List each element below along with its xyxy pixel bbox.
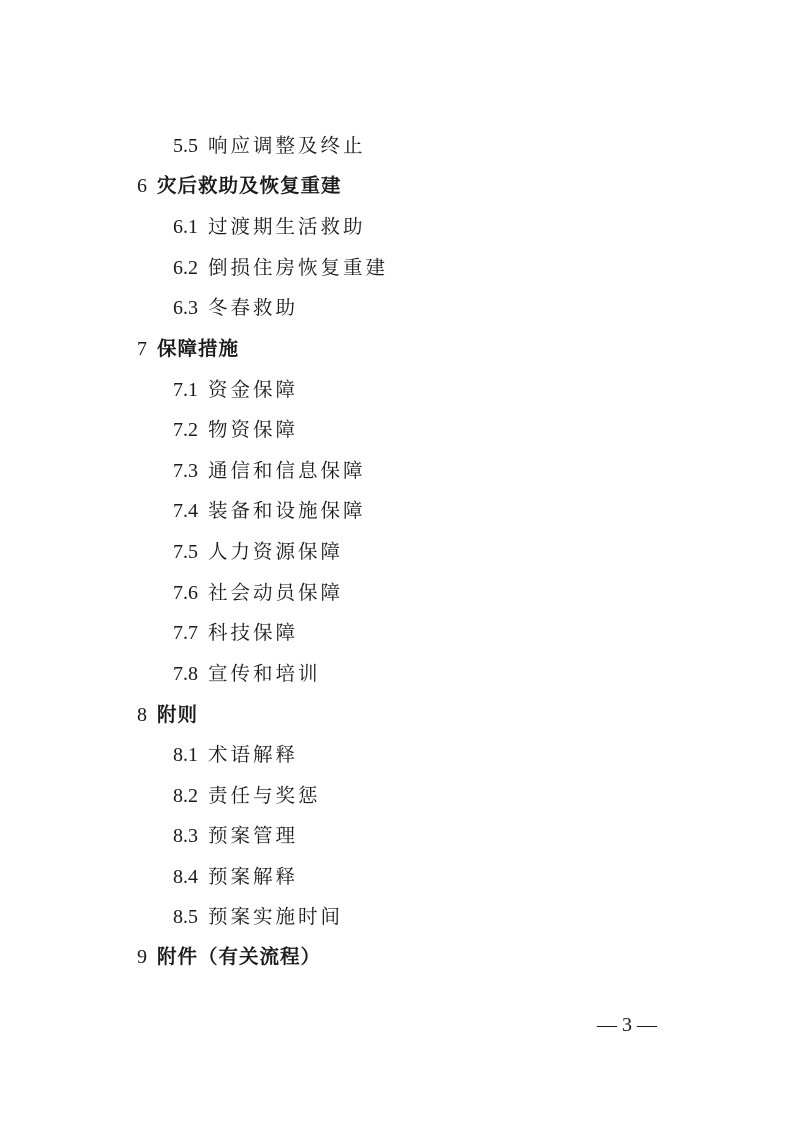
toc-title: 预案解释 bbox=[208, 865, 298, 888]
toc-section: 7.5人力资源保障 bbox=[173, 540, 343, 565]
toc-number: 8 bbox=[137, 704, 147, 726]
toc-chapter: 9附件（有关流程） bbox=[137, 945, 321, 969]
toc-section: 8.2责任与奖惩 bbox=[173, 784, 321, 809]
toc-title: 响应调整及终止 bbox=[208, 134, 366, 157]
toc-number: 6.3 bbox=[173, 297, 198, 319]
toc-chapter: 6灾后救助及恢复重建 bbox=[137, 174, 342, 198]
toc-number: 8.5 bbox=[173, 906, 198, 928]
toc-chapter: 8附则 bbox=[137, 703, 198, 727]
toc-number: 8.4 bbox=[173, 866, 198, 888]
toc-section: 6.1过渡期生活救助 bbox=[173, 215, 366, 240]
toc-number: 8.2 bbox=[173, 785, 198, 807]
toc-number: 7.6 bbox=[173, 582, 198, 604]
toc-title: 物资保障 bbox=[208, 418, 298, 441]
page-number: — 3 — bbox=[597, 1013, 657, 1037]
toc-title: 责任与奖惩 bbox=[208, 784, 321, 807]
toc-section: 6.3冬春救助 bbox=[173, 296, 298, 321]
toc-title: 灾后救助及恢复重建 bbox=[157, 174, 342, 197]
toc-title: 人力资源保障 bbox=[208, 540, 343, 563]
toc-title: 术语解释 bbox=[208, 743, 298, 766]
toc-title: 附则 bbox=[157, 703, 198, 726]
toc-title: 预案管理 bbox=[208, 824, 298, 847]
toc-number: 7 bbox=[137, 338, 147, 360]
toc-number: 7.3 bbox=[173, 460, 198, 482]
toc-title: 冬春救助 bbox=[208, 296, 298, 319]
toc-section: 8.4预案解释 bbox=[173, 865, 298, 890]
toc-title: 科技保障 bbox=[208, 621, 298, 644]
toc-number: 6.1 bbox=[173, 216, 198, 238]
toc-number: 6 bbox=[137, 175, 147, 197]
toc-title: 宣传和培训 bbox=[208, 662, 321, 685]
toc-section: 7.3通信和信息保障 bbox=[173, 459, 366, 484]
toc-section: 7.2物资保障 bbox=[173, 418, 298, 443]
toc-number: 7.4 bbox=[173, 500, 198, 522]
toc-section: 7.4装备和设施保障 bbox=[173, 499, 366, 524]
toc-section: 8.1术语解释 bbox=[173, 743, 298, 768]
toc-title: 保障措施 bbox=[157, 337, 239, 360]
toc-title: 倒损住房恢复重建 bbox=[208, 256, 388, 279]
toc-chapter: 7保障措施 bbox=[137, 337, 239, 361]
toc-section: 5.5响应调整及终止 bbox=[173, 134, 366, 159]
toc-number: 8.1 bbox=[173, 744, 198, 766]
toc-section: 7.7科技保障 bbox=[173, 621, 298, 646]
toc-number: 9 bbox=[137, 946, 147, 968]
toc-section: 8.5预案实施时间 bbox=[173, 905, 343, 930]
toc-number: 7.2 bbox=[173, 419, 198, 441]
toc-number: 7.8 bbox=[173, 663, 198, 685]
toc-number: 7.1 bbox=[173, 379, 198, 401]
toc-title: 过渡期生活救助 bbox=[208, 215, 366, 238]
toc-title: 资金保障 bbox=[208, 378, 298, 401]
toc-number: 7.7 bbox=[173, 622, 198, 644]
toc-title: 社会动员保障 bbox=[208, 581, 343, 604]
toc-title: 预案实施时间 bbox=[208, 905, 343, 928]
toc-title: 附件（有关流程） bbox=[157, 945, 321, 968]
toc-number: 8.3 bbox=[173, 825, 198, 847]
toc-section: 7.1资金保障 bbox=[173, 378, 298, 403]
toc-number: 7.5 bbox=[173, 541, 198, 563]
toc-section: 7.8宣传和培训 bbox=[173, 662, 321, 687]
toc-title: 装备和设施保障 bbox=[208, 499, 366, 522]
toc-section: 6.2倒损住房恢复重建 bbox=[173, 256, 388, 281]
toc-number: 5.5 bbox=[173, 135, 198, 157]
toc-number: 6.2 bbox=[173, 257, 198, 279]
toc-section: 7.6社会动员保障 bbox=[173, 581, 343, 606]
toc-title: 通信和信息保障 bbox=[208, 459, 366, 482]
toc-section: 8.3预案管理 bbox=[173, 824, 298, 849]
